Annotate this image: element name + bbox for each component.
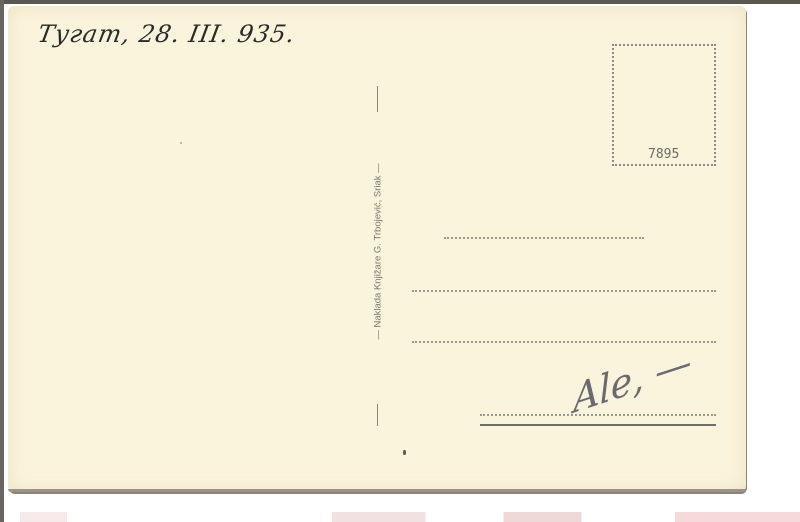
address-line-1 [444, 237, 644, 239]
pencil-signature: Ale, — [572, 338, 693, 422]
publisher-imprint: — Naklada Knjižare G. Trbojević, Sriak — [373, 92, 384, 412]
address-line-4 [480, 414, 716, 416]
stamp-placeholder-box: 7895 [612, 44, 716, 166]
postcard-back: Тугат, 28. III. 935. 7895 — Naklada Knji… [8, 6, 746, 492]
divider-dash-bottom [377, 404, 378, 426]
scan-left-edge [0, 0, 4, 522]
ink-speck [403, 450, 406, 455]
scan-top-edge [0, 0, 800, 4]
address-line-2 [412, 290, 716, 292]
center-divider: — Naklada Knjižare G. Trbojević, Sriak — [368, 86, 388, 426]
paper-speck [180, 142, 182, 144]
address-line-3 [412, 341, 716, 343]
adjacent-scan-strip [20, 512, 800, 522]
address-underline [480, 424, 716, 426]
stamp-code: 7895 [648, 147, 679, 162]
handwritten-date: Тугат, 28. III. 935. [36, 20, 298, 48]
